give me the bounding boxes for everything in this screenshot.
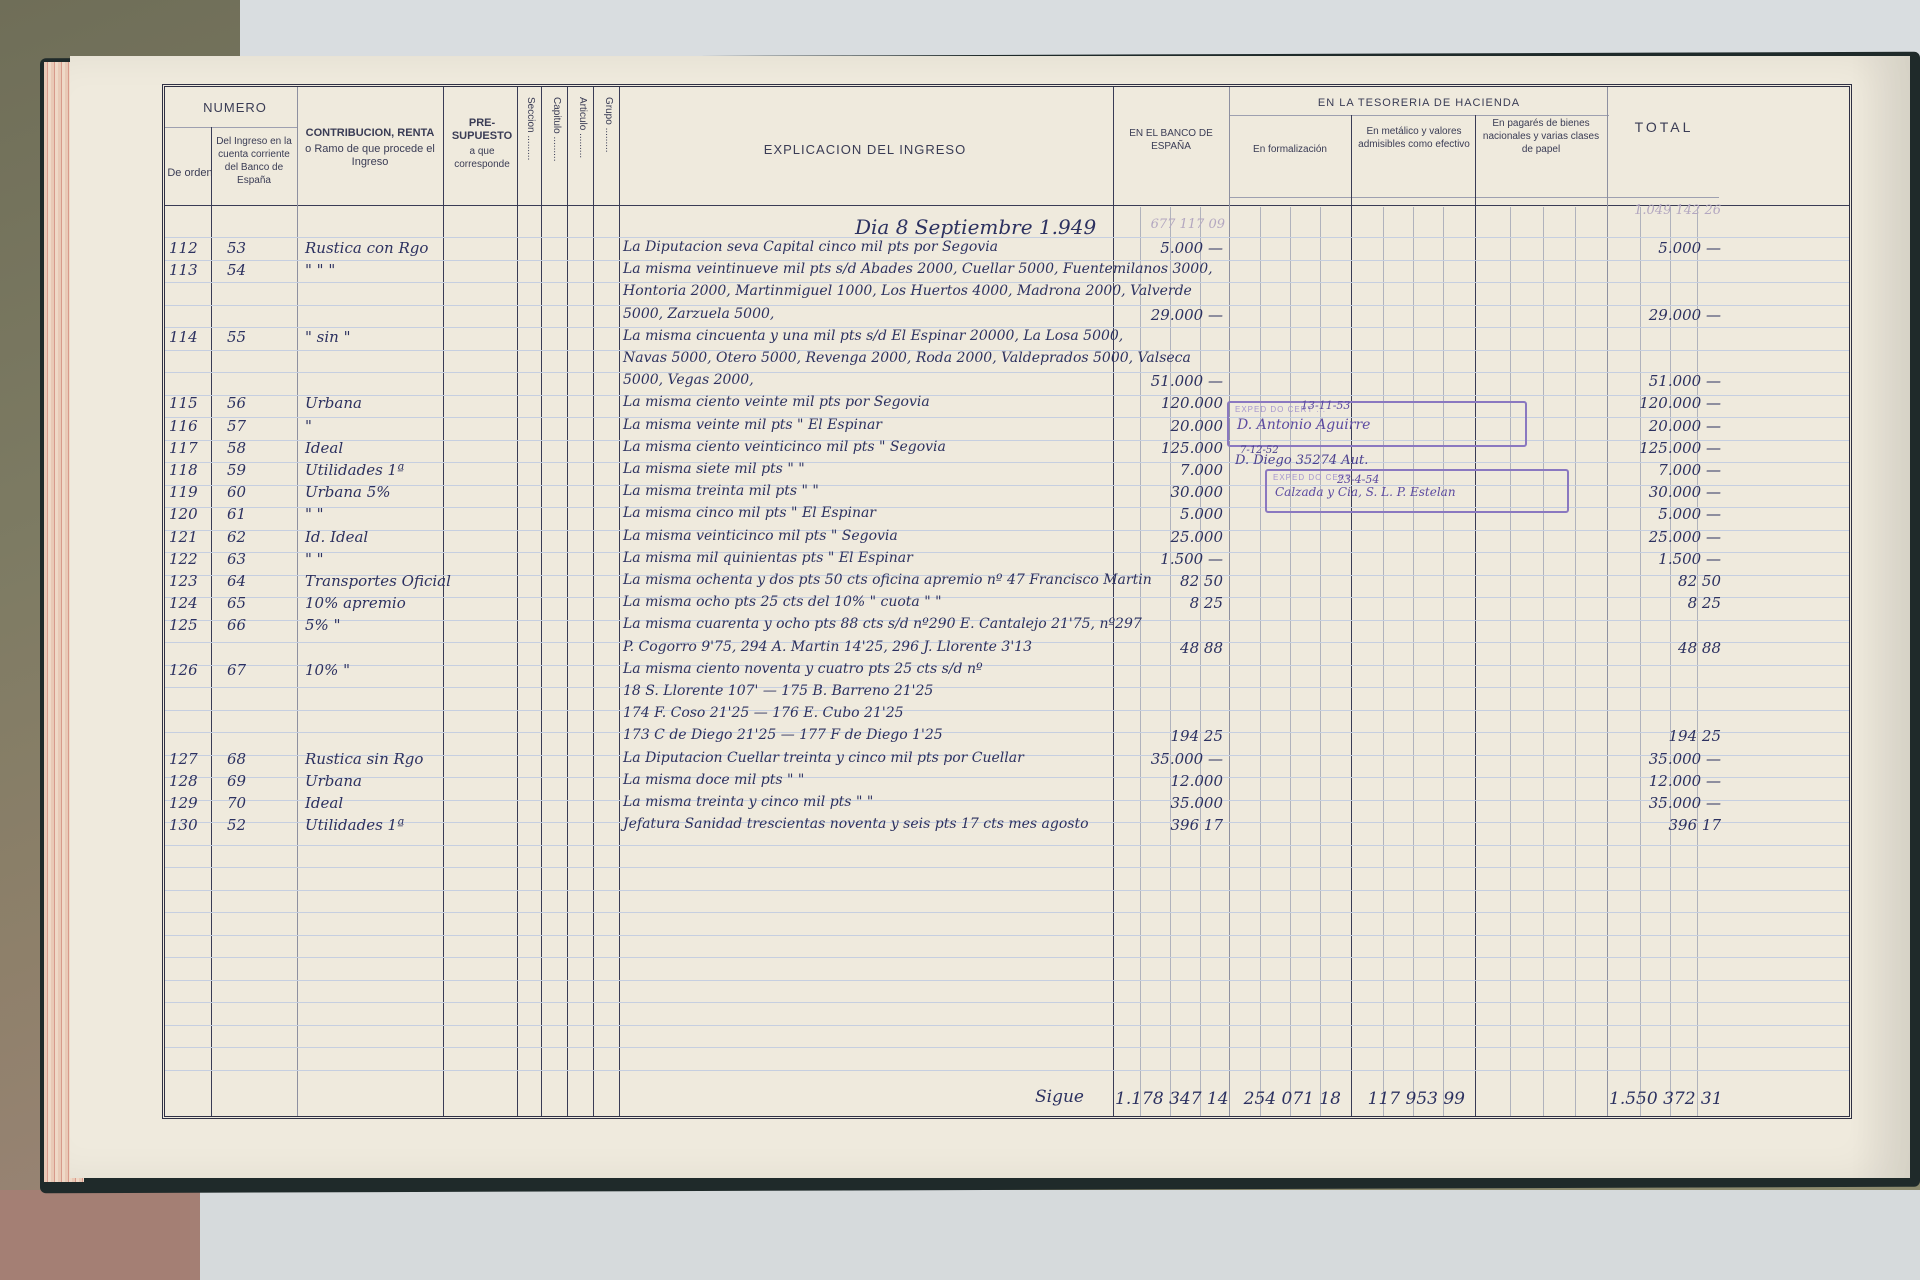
entry-total-amount: 8 25 <box>1609 594 1721 612</box>
entry-total-amount: 7.000 — <box>1609 461 1721 479</box>
header-de-orden: De orden <box>167 167 213 180</box>
entry-ramo: 5% " <box>305 616 340 634</box>
col-line <box>517 87 518 1116</box>
entry-ramo: Id. Ideal <box>305 528 368 546</box>
entry-ramo: 10% apremio <box>305 594 406 612</box>
ruled-line <box>165 710 1849 711</box>
entry-banco-amount: 12.000 <box>1115 772 1223 790</box>
ruled-line <box>165 957 1849 958</box>
entry-explanation-line: 18 S. Llorente 107' — 175 B. Barreno 21'… <box>623 683 933 699</box>
header-divider <box>165 205 1849 206</box>
entry-explanation-line: La misma cinco mil pts " El Espinar <box>623 505 876 521</box>
entry-total-amount: 35.000 — <box>1609 794 1721 812</box>
header-total: TOTAL <box>1609 121 1719 134</box>
entry-ingreso: 56 <box>227 394 246 412</box>
entry-ingreso: 54 <box>227 261 246 279</box>
ledger-page: NUMERO De orden Del Ingreso en la cuenta… <box>70 56 1910 1178</box>
entry-total-amount: 48 88 <box>1609 639 1721 657</box>
entry-explanation-line: P. Cogorro 9'75, 294 A. Martin 14'25, 29… <box>623 639 1032 655</box>
entry-ingreso: 70 <box>227 794 246 812</box>
table-surface-top <box>240 0 1920 60</box>
entry-banco-amount: 8 25 <box>1115 594 1223 612</box>
entry-total-amount: 29.000 — <box>1609 306 1721 324</box>
ruled-line <box>165 867 1849 868</box>
entry-explanation-line: La misma ciento veinticinco mil pts " Se… <box>623 439 946 455</box>
header-pagares: En pagarés de bienes nacionales y varias… <box>1477 117 1605 156</box>
entry-orden: 129 <box>169 794 198 812</box>
entry-total-amount: 5.000 — <box>1609 239 1721 257</box>
date-line: Dia 8 Septiembre 1.949 <box>855 215 1096 239</box>
entry-ingreso: 57 <box>227 417 246 435</box>
entry-ingreso: 59 <box>227 461 246 479</box>
entry-orden: 115 <box>169 394 198 412</box>
entry-ramo: Transportes Oficial <box>305 572 451 590</box>
entry-orden: 126 <box>169 661 198 679</box>
entry-explanation-line: 5000, Vegas 2000, <box>623 372 754 388</box>
entry-banco-amount: 7.000 <box>1115 461 1223 479</box>
banco-total: 1.178 347 14 <box>1115 1089 1223 1109</box>
entry-ramo: " sin " <box>305 328 351 346</box>
entry-banco-amount: 5.000 — <box>1115 239 1223 257</box>
entry-ramo: " " <box>305 505 324 523</box>
entry-ramo: Ideal <box>305 439 343 457</box>
entry-orden: 127 <box>169 750 198 768</box>
entry-ingreso: 68 <box>227 750 246 768</box>
entry-ingreso: 58 <box>227 439 246 457</box>
header-del-ingreso: Del Ingreso en la cuenta corriente del B… <box>213 135 295 187</box>
entry-orden: 130 <box>169 816 198 834</box>
entry-ramo: " " " <box>305 261 335 279</box>
entry-explanation-line: Hontoria 2000, Martinmiguel 1000, Los Hu… <box>623 283 1192 299</box>
col-line <box>593 87 594 1116</box>
header-capitulo: Capitulo ......... <box>551 97 562 161</box>
header-grupo: Grupo ......... <box>603 97 614 153</box>
header-contribucion: CONTRIBUCION, RENTA <box>300 127 440 140</box>
entry-total-amount: 12.000 — <box>1609 772 1721 790</box>
metalico-total: 117 953 99 <box>1355 1089 1465 1109</box>
entry-orden: 113 <box>169 261 198 279</box>
entry-total-amount: 25.000 — <box>1609 528 1721 546</box>
entry-explanation-line: La misma treinta y cinco mil pts " " <box>623 794 873 810</box>
expedition-stamp-2: EXPED DO CERT ... Calzada y Cia, S. L. P… <box>1265 469 1569 513</box>
entry-ingreso: 53 <box>227 239 246 257</box>
floor-background-bottom <box>0 1190 200 1280</box>
entry-total-amount: 120.000 — <box>1609 394 1721 412</box>
tesoreria-divider <box>1229 115 1609 116</box>
entry-explanation-line: La misma ochenta y dos pts 50 cts oficin… <box>623 572 1152 588</box>
entry-explanation-line: 174 F. Coso 21'25 — 176 E. Cubo 21'25 <box>623 705 904 721</box>
carried-forward-total: 1.049 142 26 <box>1605 203 1721 218</box>
ruled-line <box>165 305 1849 306</box>
entry-ramo: Rustica con Rgo <box>305 239 428 257</box>
stamp-date: 13-11-53 <box>1301 399 1350 412</box>
entry-ingreso: 60 <box>227 483 246 501</box>
entry-ingreso: 62 <box>227 528 246 546</box>
entry-banco-amount: 48 88 <box>1115 639 1223 657</box>
entry-explanation-line: La misma ciento noventa y cuatro pts 25 … <box>623 661 983 677</box>
ruled-line <box>165 597 1849 598</box>
entry-ramo: Ideal <box>305 794 343 812</box>
entry-explanation-line: La misma cuarenta y ocho pts 88 cts s/d … <box>623 616 1142 632</box>
header-formalizacion: En formalización <box>1229 143 1351 156</box>
ruled-line <box>165 935 1849 936</box>
ruled-line <box>165 665 1849 666</box>
cents-divider <box>1229 197 1719 198</box>
ruled-line <box>165 1002 1849 1003</box>
entry-ramo: " " <box>305 550 324 568</box>
entry-orden: 116 <box>169 417 198 435</box>
entry-ramo: " <box>305 417 312 435</box>
entry-ramo: Urbana 5% <box>305 483 391 501</box>
header-articulo: Articulo ......... <box>577 97 588 158</box>
entry-explanation-line: La misma ocho pts 25 cts del 10% " cuota… <box>623 594 942 610</box>
col-line <box>567 87 568 1116</box>
entry-explanation-line: Jefatura Sanidad trescientas noventa y s… <box>623 816 1089 832</box>
ruled-line <box>165 1025 1849 1026</box>
ledger-form: NUMERO De orden Del Ingreso en la cuenta… <box>162 84 1852 1119</box>
entry-ingreso: 69 <box>227 772 246 790</box>
entry-explanation-line: La Diputacion Cuellar treinta y cinco mi… <box>623 750 1024 766</box>
ruled-line <box>165 800 1849 801</box>
stamp-text: D. Antonio Aguirre <box>1237 417 1370 433</box>
entry-banco-amount: 82 50 <box>1115 572 1223 590</box>
entry-banco-amount: 29.000 — <box>1115 306 1223 324</box>
ruled-line <box>165 732 1849 733</box>
numero-divider <box>165 127 297 128</box>
col-line <box>211 127 212 1116</box>
entry-orden: 124 <box>169 594 198 612</box>
entry-banco-amount: 35.000 — <box>1115 750 1223 768</box>
grand-total: 1.550 372 31 <box>1609 1089 1721 1109</box>
entry-banco-amount: 51.000 — <box>1115 372 1223 390</box>
carried-forward-banco: 677 117 09 <box>1115 217 1225 232</box>
entry-orden: 121 <box>169 528 198 546</box>
ruled-line <box>165 912 1849 913</box>
ruled-line <box>165 1047 1849 1048</box>
ruled-line <box>165 687 1849 688</box>
col-line <box>1475 115 1476 1116</box>
entry-ingreso: 66 <box>227 616 246 634</box>
entry-total-amount: 30.000 — <box>1609 483 1721 501</box>
entry-explanation-line: La misma mil quinientas pts " El Espinar <box>623 550 913 566</box>
ruled-line <box>165 890 1849 891</box>
entry-orden: 114 <box>169 328 198 346</box>
entry-total-amount: 396 17 <box>1609 816 1721 834</box>
header-banco: EN EL BANCO DE ESPAÑA <box>1115 127 1227 153</box>
header-metalico: En metálico y valores admisibles como ef… <box>1353 125 1475 151</box>
entry-banco-amount: 1.500 — <box>1115 550 1223 568</box>
entry-explanation-line: 5000, Zarzuela 5000, <box>623 306 774 322</box>
entry-ingreso: 52 <box>227 816 246 834</box>
formalizacion-total: 254 071 18 <box>1231 1089 1341 1109</box>
entry-orden: 122 <box>169 550 198 568</box>
stamp-text: Calzada y Cia, S. L. P. Estelan <box>1275 485 1456 499</box>
entry-explanation-line: La misma treinta mil pts " " <box>623 483 819 499</box>
entry-banco-amount: 194 25 <box>1115 727 1223 745</box>
col-line <box>1607 87 1608 1116</box>
header-contribucion-sub: o Ramo de que procede el Ingreso <box>300 143 440 169</box>
entry-ramo: Rustica sin Rgo <box>305 750 423 768</box>
entry-explanation-line: 173 C de Diego 21'25 — 177 F de Diego 1'… <box>623 727 943 743</box>
stamp-note-date: 7-12-52 <box>1240 445 1279 456</box>
entry-explanation-line: La misma veintinueve mil pts s/d Abades … <box>623 261 1213 277</box>
entry-explanation-line: La Diputacion seva Capital cinco mil pts… <box>623 239 998 255</box>
entry-explanation-line: La misma cincuenta y una mil pts s/d El … <box>623 328 1123 344</box>
entry-orden: 117 <box>169 439 198 457</box>
entry-banco-amount: 25.000 <box>1115 528 1223 546</box>
ruled-line <box>165 462 1849 463</box>
stamp-date: 23-4-54 <box>1337 473 1379 486</box>
entry-explanation-line: La misma veinte mil pts " El Espinar <box>623 417 882 433</box>
ruled-line <box>165 372 1849 373</box>
entry-banco-amount: 30.000 <box>1115 483 1223 501</box>
entry-total-amount: 125.000 — <box>1609 439 1721 457</box>
col-line <box>1229 87 1230 1116</box>
header-tesoreria: EN LA TESORERIA DE HACIENDA <box>1229 97 1609 110</box>
entry-ingreso: 64 <box>227 572 246 590</box>
entry-banco-amount: 120.000 <box>1115 394 1223 412</box>
ruled-line <box>165 980 1849 981</box>
entry-explanation-line: La misma ciento veinte mil pts por Segov… <box>623 394 930 410</box>
entry-total-amount: 82 50 <box>1609 572 1721 590</box>
entry-orden: 118 <box>169 461 198 479</box>
entry-ramo: Utilidades 1ª <box>305 816 404 834</box>
entry-explanation-line: La misma siete mil pts " " <box>623 461 805 477</box>
entry-orden: 120 <box>169 505 198 523</box>
entry-ingreso: 61 <box>227 505 246 523</box>
ruled-line <box>165 1070 1849 1071</box>
entry-ramo: Utilidades 1ª <box>305 461 404 479</box>
entry-ingreso: 55 <box>227 328 246 346</box>
entry-explanation-line: Navas 5000, Otero 5000, Revenga 2000, Ro… <box>623 350 1191 366</box>
entry-ramo: Urbana <box>305 394 362 412</box>
sigue-note: Sigue <box>1035 1087 1084 1107</box>
entry-ramo: 10% " <box>305 661 350 679</box>
entry-banco-amount: 35.000 <box>1115 794 1223 812</box>
entry-total-amount: 5.000 — <box>1609 505 1721 523</box>
ruled-line <box>165 417 1849 418</box>
header-numero: NUMERO <box>175 101 295 114</box>
entry-total-amount: 20.000 — <box>1609 417 1721 435</box>
header-explicacion: EXPLICACION DEL INGRESO <box>615 143 1115 156</box>
entry-explanation-line: La misma veinticinco mil pts " Segovia <box>623 528 898 544</box>
entry-orden: 112 <box>169 239 198 257</box>
col-line <box>1113 87 1114 1116</box>
col-line <box>1351 115 1352 1116</box>
entry-banco-amount: 20.000 <box>1115 417 1223 435</box>
ruled-line <box>165 552 1849 553</box>
entry-orden: 119 <box>169 483 198 501</box>
ruled-line <box>165 530 1849 531</box>
entry-total-amount: 51.000 — <box>1609 372 1721 390</box>
header-presupuesto: PRE- SUPUESTO <box>447 117 517 143</box>
entry-ingreso: 63 <box>227 550 246 568</box>
ruled-line <box>165 507 1849 508</box>
entry-orden: 123 <box>169 572 198 590</box>
entry-banco-amount: 396 17 <box>1115 816 1223 834</box>
ruled-line <box>165 395 1849 396</box>
entry-orden: 125 <box>169 616 198 634</box>
entry-ramo: Urbana <box>305 772 362 790</box>
page-shadow <box>1850 56 1910 1178</box>
entry-ingreso: 65 <box>227 594 246 612</box>
ruled-line <box>165 440 1849 441</box>
entry-ingreso: 67 <box>227 661 246 679</box>
ruled-line <box>165 845 1849 846</box>
header-seccion: Seccion ......... <box>525 97 536 160</box>
entry-explanation-line: La misma doce mil pts " " <box>623 772 804 788</box>
col-line <box>619 87 620 1116</box>
ruled-line <box>165 485 1849 486</box>
entry-total-amount: 194 25 <box>1609 727 1721 745</box>
entry-banco-amount: 5.000 <box>1115 505 1223 523</box>
entry-total-amount: 1.500 — <box>1609 550 1721 568</box>
col-line <box>541 87 542 1116</box>
entry-total-amount: 35.000 — <box>1609 750 1721 768</box>
col-line <box>443 87 444 1116</box>
col-line <box>297 87 298 1116</box>
ruled-line <box>165 777 1849 778</box>
expedition-stamp: EXPED DO CERT ... D. Antonio Aguirre 13-… <box>1227 401 1527 447</box>
entry-orden: 128 <box>169 772 198 790</box>
header-presupuesto-sub: a que corresponde <box>447 145 517 171</box>
entry-banco-amount: 125.000 <box>1115 439 1223 457</box>
table-surface-bottom <box>200 1190 1920 1280</box>
